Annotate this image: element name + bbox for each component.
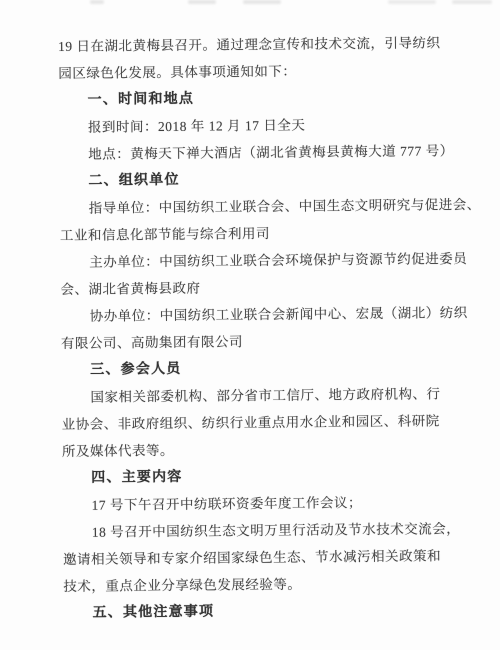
scan-artifact	[388, 0, 436, 4]
scanned-notice-page: 19 日在湖北黄梅县召开。通过理念宣传和技术交流，引导纺织园区绿色化发展。具体事…	[0, 0, 500, 650]
scan-artifact	[243, 0, 281, 4]
document-line: 园区绿色化发展。具体事项通知如下：	[58, 56, 478, 87]
document-body: 19 日在湖北黄梅县召开。通过理念宣传和技术交流，引导纺织园区绿色化发展。具体事…	[58, 29, 484, 627]
document-line: 19 日在湖北黄梅县召开。通过理念宣传和技术交流，引导纺织	[58, 29, 478, 60]
section-heading: 五、其他注意事项	[63, 596, 483, 627]
scan-artifact	[452, 0, 492, 4]
scan-artifact	[90, 0, 104, 4]
document-line: 会、湖北省黄梅县政府	[60, 272, 480, 303]
document-line: 主办单位：中国纺织工业联合会环境保护与资源节约促进委员	[60, 245, 480, 276]
section-heading: 二、组织单位	[59, 164, 479, 195]
section-heading: 一、时间和地点	[59, 83, 479, 114]
document-line: 所及媒体代表等。	[62, 434, 482, 465]
document-line: 工业和信息化部节能与综合利用司	[60, 218, 480, 249]
document-line: 地点：黄梅天下禅大酒店（湖北省黄梅县黄梅大道 777 号）	[59, 137, 479, 168]
document-line: 技术，重点企业分享绿色发展经验等。	[63, 569, 483, 600]
document-line: 国家相关部委机构、部分省市工信厅、地方政府机构、行	[61, 380, 481, 411]
section-heading: 三、参会人员	[61, 353, 481, 384]
document-line: 17 号下午召开中纺联环资委年度工作会议；	[62, 488, 482, 519]
document-line: 指导单位：中国纺织工业联合会、中国生态文明研究与促进会、	[60, 191, 480, 222]
document-line: 有限公司、高勋集团有限公司	[61, 326, 481, 357]
scan-artifact	[188, 0, 216, 4]
document-line: 协办单位：中国纺织工业联合会新闻中心、宏晟（湖北）纺织	[61, 299, 481, 330]
document-line: 邀请相关领导和专家介绍国家绿色生态、节水减污相关政策和	[63, 542, 483, 573]
document-line: 报到时间：2018 年 12 月 17 日全天	[59, 110, 479, 141]
document-line: 18 号召开中国纺织生态文明万里行活动及节水技术交流会，	[63, 515, 483, 546]
section-heading: 四、主要内容	[62, 461, 482, 492]
document-line: 业协会、非政府组织、纺织行业重点用水企业和园区、科研院	[62, 407, 482, 438]
